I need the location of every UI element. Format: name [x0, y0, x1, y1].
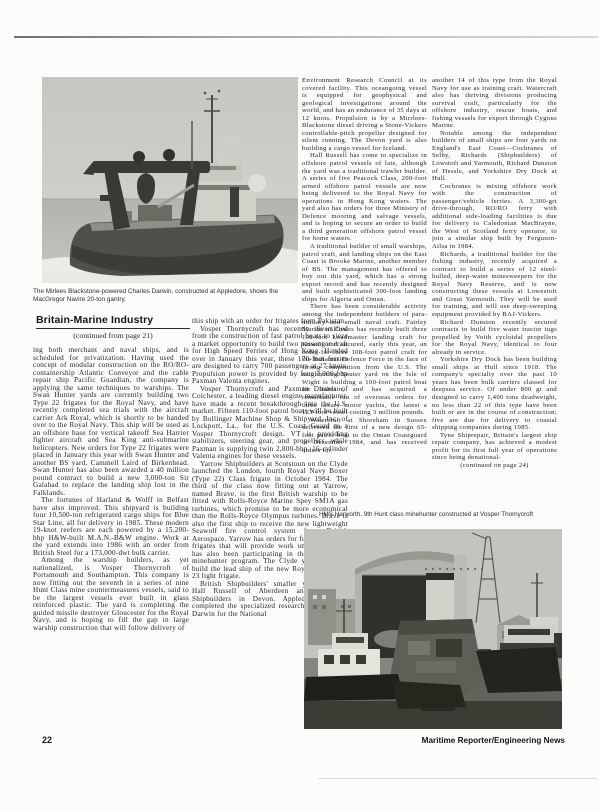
paragraph: Cochranes is mixing offshore work with t… — [432, 183, 557, 251]
bottom-photo-caption: HMS Harworth. 9th Hunt class minehunter … — [319, 511, 581, 519]
publication-name: Maritime Reporter/Engineering News — [299, 736, 565, 745]
paragraph: There has been considerable activity amo… — [302, 303, 427, 416]
charles-darwin-photo — [42, 77, 298, 283]
paragraph: Tyne Shiprepair, Britain's largest ship … — [432, 432, 557, 462]
top-rule-line — [14, 36, 598, 38]
paragraph: A traditional builder of small warships,… — [302, 243, 427, 303]
paragraph: Hall Russell has come to specialize in o… — [302, 152, 427, 243]
paragraph: Among the warship builders, as yet natio… — [33, 557, 189, 632]
paragraph: The fortunes of Harland & Wolff in Belfa… — [33, 497, 189, 557]
paragraph: another 14 of this type from the Royal N… — [432, 77, 557, 130]
paragraph: Environment Research Council at its cove… — [302, 77, 427, 152]
continued-on-note: (continued on page 24) — [432, 462, 557, 470]
heading-rule — [36, 328, 190, 329]
paragraph: ing both merchant and naval ships, and i… — [33, 347, 189, 497]
paragraph: Yorkshire Dry Dock has been building sma… — [432, 356, 557, 431]
page-title: Britain-Marine Industry — [36, 314, 190, 326]
paragraph: Watercraft at Shoreham in Sussex deliver… — [302, 417, 427, 455]
shipyard-harbor-illustration — [304, 529, 562, 729]
paragraph: Richard Dunston recently secured contrac… — [432, 319, 557, 357]
scan-artifact-line — [318, 778, 597, 779]
text-column-4: another 14 of this type from the Royal N… — [432, 77, 557, 504]
continued-from-note: (continued from page 21) — [36, 331, 190, 340]
paragraph: Notable among the independent builders o… — [432, 130, 557, 183]
hms-harworth-photo — [304, 529, 562, 729]
page-number: 22 — [42, 735, 52, 745]
text-column-1: ing both merchant and naval ships, and i… — [33, 347, 189, 728]
magazine-page: The Mirlees Blackstone-powered Charles D… — [0, 0, 599, 811]
text-column-3: Environment Research Council at its cove… — [302, 77, 427, 504]
article-heading-block: Britain-Marine Industry (continued from … — [36, 314, 190, 340]
paragraph: Richards, a traditional builder for the … — [432, 251, 557, 319]
top-photo-caption: The Mirlees Blackstone-powered Charles D… — [33, 288, 297, 304]
ship-gantry-illustration — [42, 77, 298, 283]
